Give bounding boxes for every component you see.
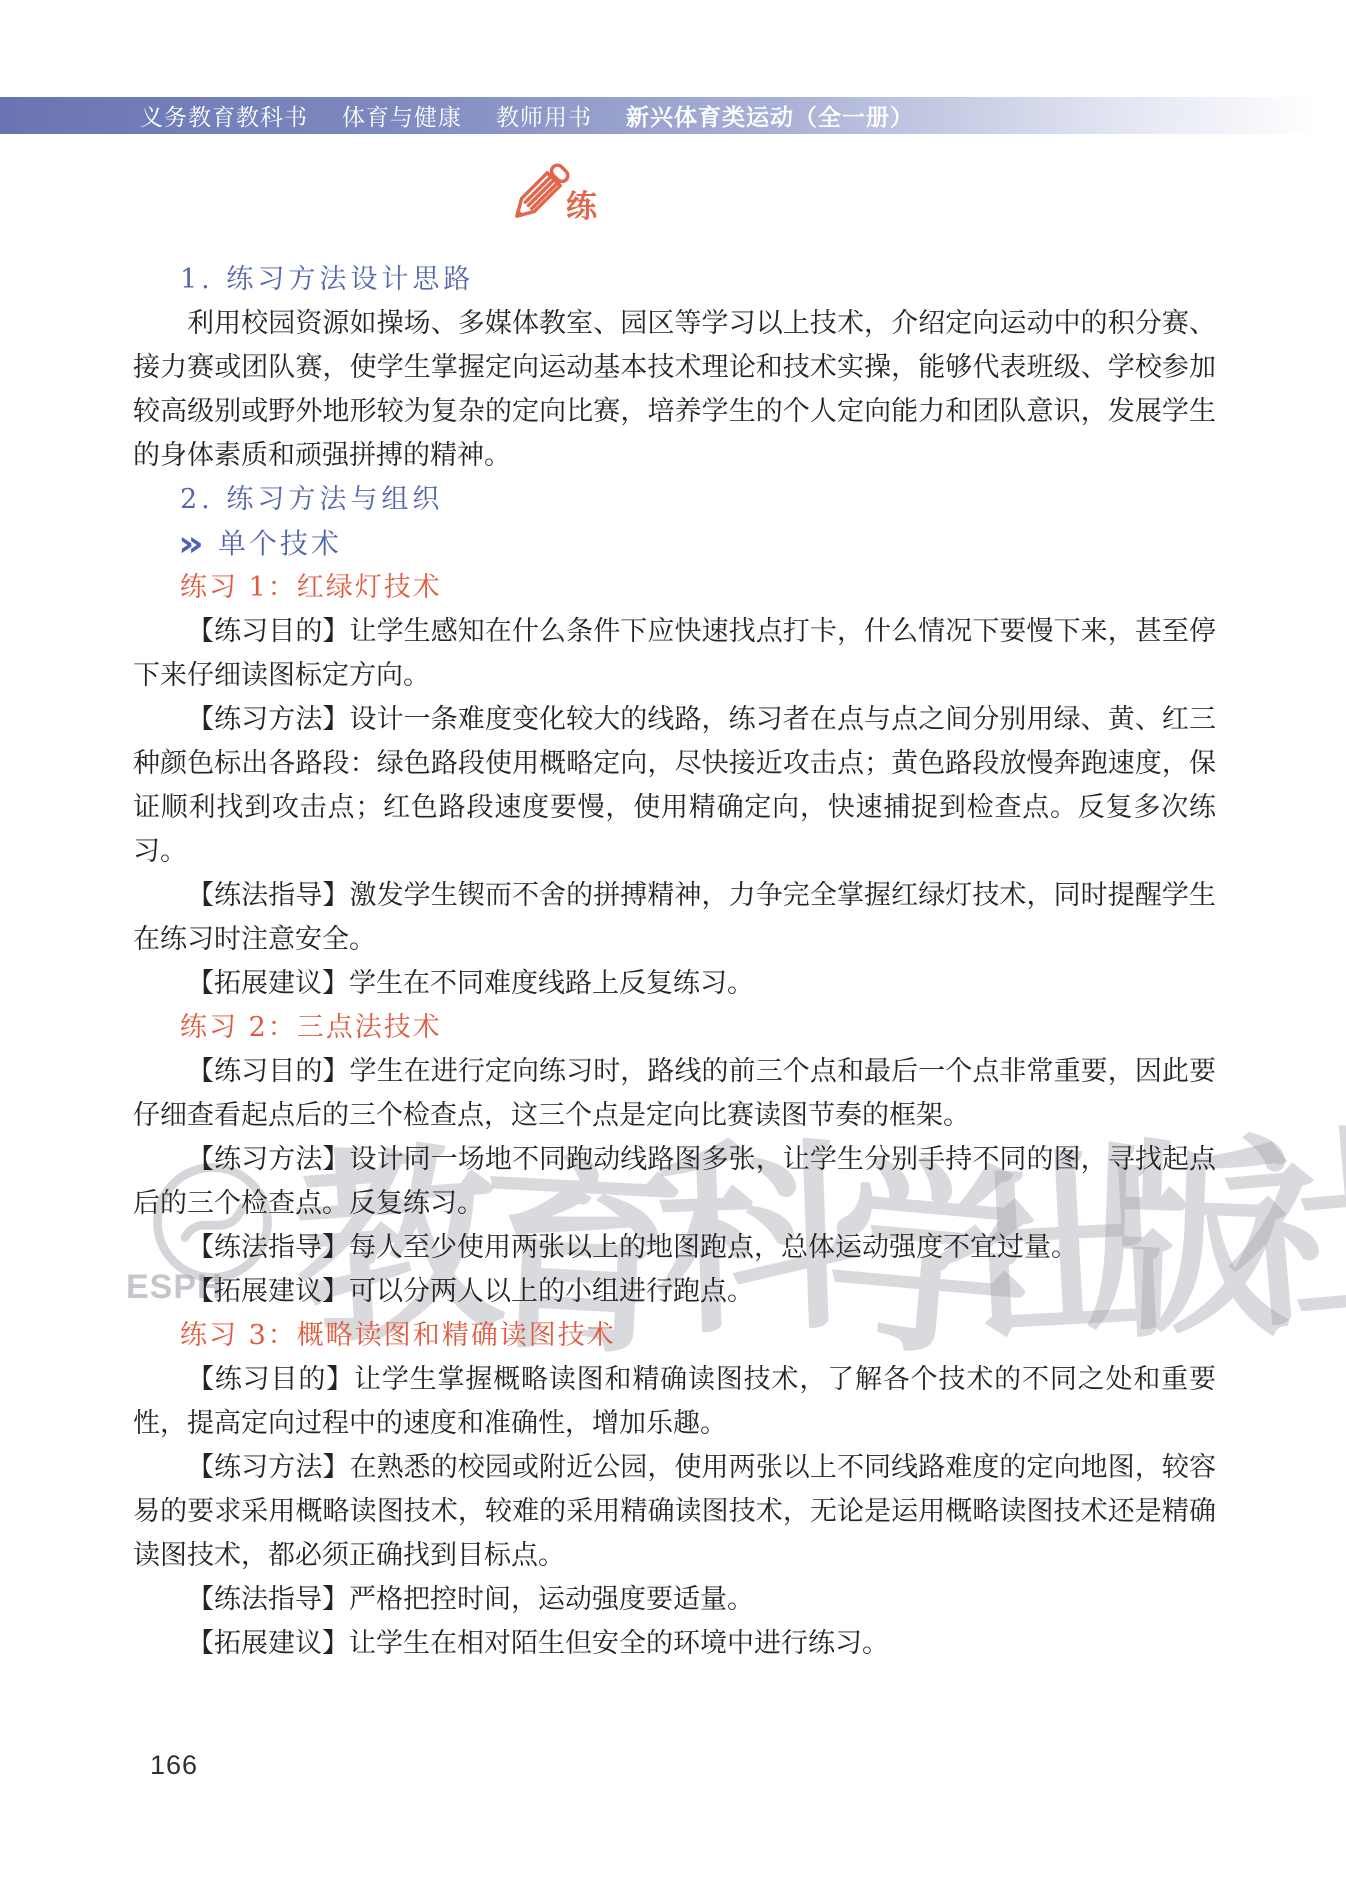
header-volume-title: 新兴体育类运动（全一册） <box>626 99 914 132</box>
subsection-single-technique: » 单个技术 <box>133 522 1216 566</box>
exercise-2-guidance: 【练法指导】每人至少使用两张以上的地图跑点，总体运动强度不宜过量。 <box>133 1226 1216 1270</box>
practice-badge-label: 练 <box>566 181 597 226</box>
exercise-3-heading: 练习 3：概略读图和精确读图技术 <box>133 1314 1216 1358</box>
exercise-1-extension: 【拓展建议】学生在不同难度线路上反复练习。 <box>133 962 1216 1006</box>
header-subject: 体育与健康 <box>342 99 462 132</box>
chevron-double-right-icon: » <box>178 524 204 564</box>
exercise-1-guidance: 【练法指导】激发学生锲而不舍的拼搏精神，力争完全掌握红绿灯技术，同时提醒学生在练… <box>133 874 1216 962</box>
exercise-3-guidance: 【练法指导】严格把控时间，运动强度要适量。 <box>133 1578 1216 1622</box>
exercise-1-heading: 练习 1：红绿灯技术 <box>133 566 1216 610</box>
exercise-2-extension: 【拓展建议】可以分两人以上的小组进行跑点。 <box>133 1270 1216 1314</box>
page-content: 1. 练习方法设计思路 利用校园资源如操场、多媒体教室、园区等学习以上技术，介绍… <box>133 258 1216 1666</box>
practice-badge: 练 <box>500 155 620 245</box>
header-series: 义务教育教科书 <box>140 99 308 132</box>
exercise-3-extension: 【拓展建议】让学生在相对陌生但安全的环境中进行练习。 <box>133 1622 1216 1666</box>
header-book-type: 教师用书 <box>496 99 592 132</box>
section-heading-design-ideas: 1. 练习方法设计思路 <box>133 258 1216 302</box>
page-number: 166 <box>150 1750 198 1781</box>
exercise-1-method: 【练习方法】设计一条难度变化较大的线路，练习者在点与点之间分别用绿、黄、红三种颜… <box>133 698 1216 874</box>
section-heading-methods-organization: 2. 练习方法与组织 <box>133 478 1216 522</box>
exercise-1-purpose: 【练习目的】让学生感知在什么条件下应快速找点打卡，什么情况下要慢下来，甚至停下来… <box>133 610 1216 698</box>
exercise-2-purpose: 【练习目的】学生在进行定向练习时，路线的前三个点和最后一个点非常重要，因此要仔细… <box>133 1050 1216 1138</box>
subsection-title: 单个技术 <box>218 522 342 566</box>
watermark-char: 社 <box>1216 1119 1346 1341</box>
exercise-2-method: 【练习方法】设计同一场地不同跑动线路图多张，让学生分别手持不同的图，寻找起点后的… <box>133 1138 1216 1226</box>
paragraph-design-ideas: 利用校园资源如操场、多媒体教室、园区等学习以上技术，介绍定向运动中的积分赛、接力… <box>133 302 1216 478</box>
exercise-2-heading: 练习 2：三点法技术 <box>133 1006 1216 1050</box>
exercise-3-method: 【练习方法】在熟悉的校园或附近公园，使用两张以上不同线路难度的定向地图，较容易的… <box>133 1446 1216 1578</box>
exercise-3-purpose: 【练习目的】让学生掌握概略读图和精确读图技术，了解各个技术的不同之处和重要性，提… <box>133 1358 1216 1446</box>
page-header: 义务教育教科书 体育与健康 教师用书 新兴体育类运动（全一册） <box>0 97 1346 134</box>
textbook-page: 义务教育教科书 体育与健康 教师用书 新兴体育类运动（全一册） 练 ESPH 教 <box>0 0 1346 1885</box>
